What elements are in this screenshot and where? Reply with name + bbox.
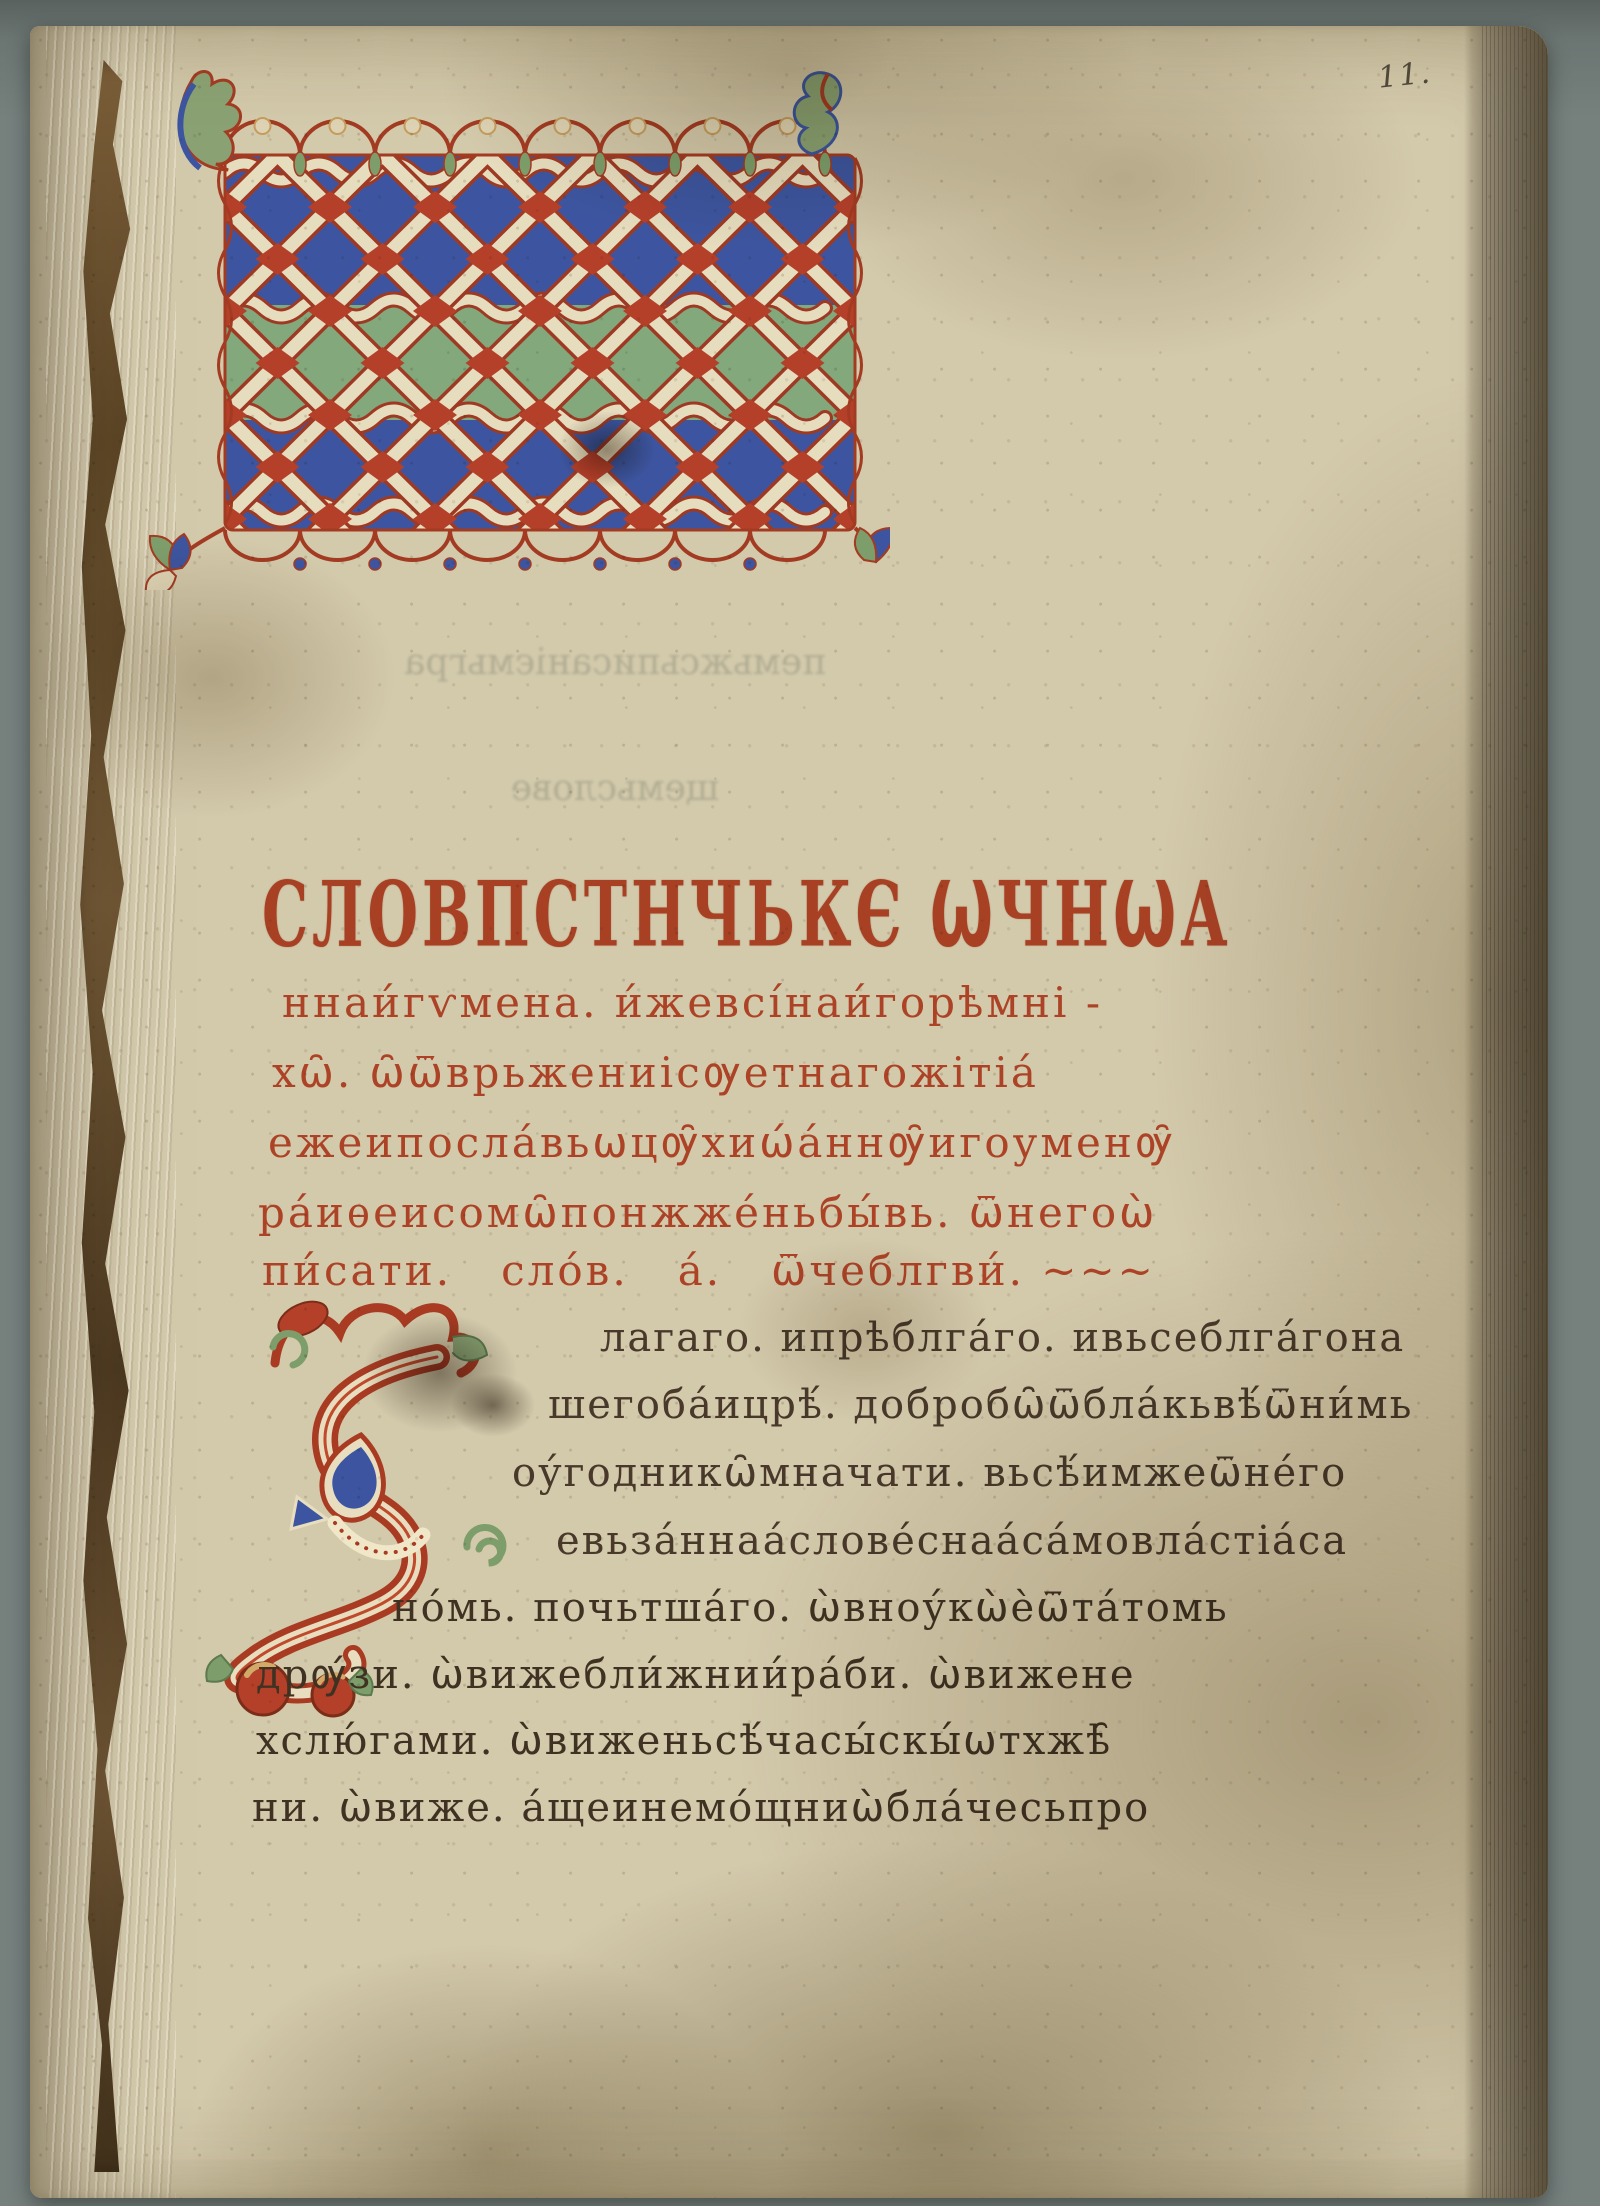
initial-letter: [185, 1285, 525, 1785]
body-line: ни. ѡ̀виже. а́щеинемо́щниѡ̀бла́чесьпро: [252, 1785, 1150, 1831]
body-line: хслю́гами. ѡ̀виженьсѣ́часы́скы́ѡтхжѣ̑: [256, 1718, 1112, 1764]
rubric-line: ра́иѳеисомѡ̑понжже́ньбы́вь. ѿнегоѡ̀: [258, 1188, 1157, 1237]
manuscript-page: пемьжсьписаніємьгра щемьслове СЛОВПСТНЧЬ…: [30, 26, 1548, 2198]
body-line: евьза́ннаа́слове́снаа́са́мовла́стіа́са: [556, 1518, 1348, 1564]
title-vyaz: СЛОВПСТНЧЬКЄ ѠЧНѠА: [262, 862, 1232, 967]
headpiece-ornament: [140, 50, 890, 590]
corner-ornament-bottom-left: [146, 528, 225, 590]
show-through-line: щемьслове: [295, 768, 935, 810]
rubric-line: ннаи́гѵмена. и́жевсі́наи́горѣмні -: [282, 978, 1103, 1027]
folio-number: 11.: [1376, 55, 1433, 95]
corner-ornament-top-right: [794, 73, 841, 154]
fore-edge: [1464, 26, 1548, 2198]
show-through-line: пемьжсьписаніємьгра: [295, 642, 935, 684]
rubric-line: хѡ̑. ѡ̑ѿврьжениісѹетнагожітіа́: [272, 1048, 1039, 1097]
body-line: но́мь. почьтша́го. ѡ̀вноу́кѡ̀ѐѿта́томь: [392, 1585, 1229, 1631]
body-line: шегоба́ицрѣ́. добробѡ̑ѿбла́кьвѣ́ѿни́мь: [548, 1382, 1413, 1428]
body-line: лагаго. ипрѣблга́го. ивьсеблга́гона: [600, 1315, 1405, 1361]
interlace-field: [203, 155, 877, 535]
corner-ornament-top-left: [180, 71, 241, 170]
show-through-text: пемьжсьписаніємьгра щемьслове: [295, 558, 935, 894]
rubric-line: ежеипосла́вьѡцѹ̑хиѡ́а́ннѹ̑игоуменѹ̑: [268, 1118, 1176, 1167]
body-line: дрѹ́зи. ѡ̀вижебли́жнии́ра́би. ѡ̀вижене: [256, 1652, 1136, 1698]
corner-ornament-bottom-right: [855, 528, 890, 562]
body-line: оу́годникѡ̑мначати. вьсѣ́имжеѿне́го: [512, 1450, 1347, 1496]
photograph: пемьжсьписаніємьгра щемьслове СЛОВПСТНЧЬ…: [0, 0, 1600, 2206]
